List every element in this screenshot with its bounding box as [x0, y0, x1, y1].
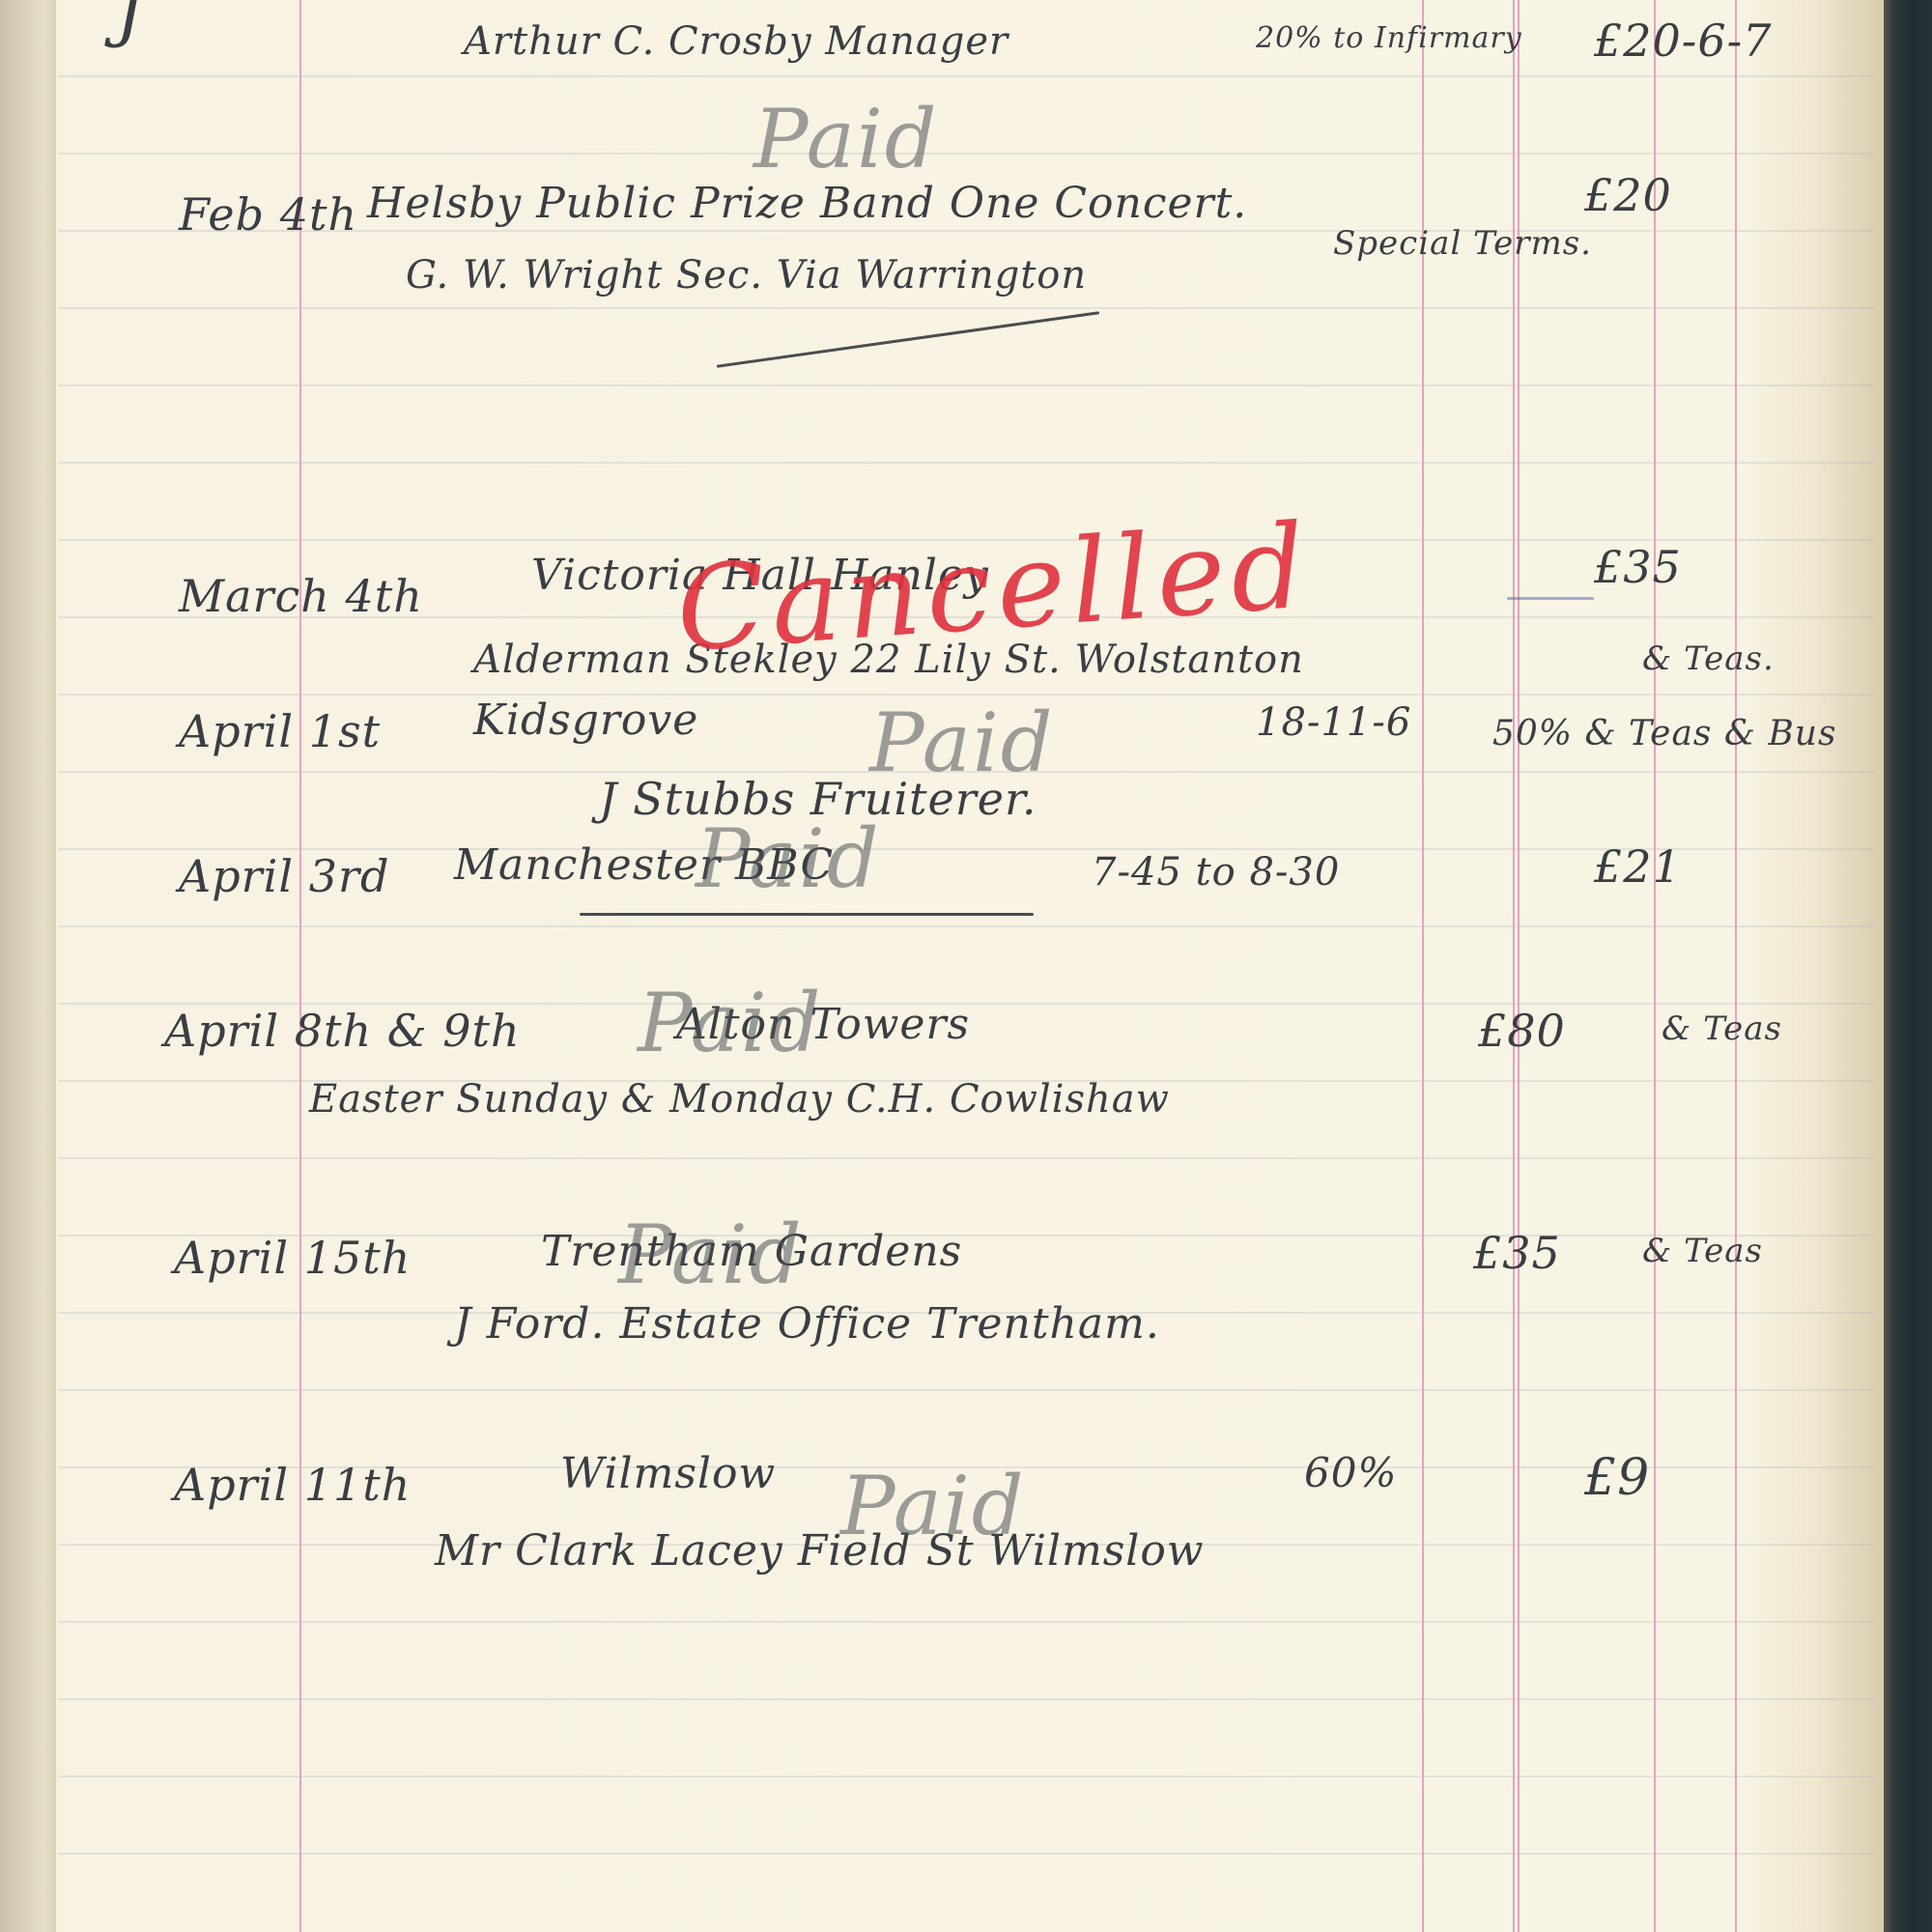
- entry-extra: Special Terms.: [1333, 224, 1592, 263]
- ruled-line: [58, 1698, 1874, 1700]
- entry-contact: Mr Clark Lacey Field St Wilmslow: [435, 1526, 1205, 1576]
- entry-amount: £21: [1594, 840, 1682, 893]
- entry-date: April 1st: [179, 705, 381, 757]
- ruled-line: [58, 307, 1874, 309]
- entry-amount: £35: [1594, 541, 1682, 593]
- paid-mark: Paid: [753, 92, 938, 186]
- top-note: 20% to Infirmary: [1256, 21, 1522, 55]
- ruled-line: [58, 1157, 1874, 1159]
- ink-smudge: [1507, 597, 1594, 600]
- ruled-line: [58, 75, 1874, 77]
- entry-extra: & Teas.: [1642, 639, 1775, 678]
- paid-mark: Paid: [840, 1459, 1025, 1553]
- partial-date-glyph: J: [116, 0, 144, 50]
- page-gutter: [0, 0, 56, 1932]
- column-line: [1422, 0, 1424, 1932]
- entry-date: April 15th: [174, 1232, 411, 1284]
- entry-amount: £20: [1584, 169, 1672, 221]
- entry-note: 18-11-6: [1256, 700, 1411, 745]
- paid-mark: Paid: [869, 696, 1054, 790]
- ruled-line: [58, 1776, 1874, 1777]
- ruled-line: [58, 153, 1874, 155]
- entry-contact: J Ford. Estate Office Trentham.: [454, 1299, 1160, 1349]
- paid-mark: Paid: [638, 976, 822, 1070]
- entry-date: March 4th: [179, 570, 423, 622]
- paid-mark: Paid: [618, 1207, 803, 1302]
- entry-amount: £35: [1473, 1227, 1561, 1279]
- ruled-line: [58, 925, 1874, 927]
- entry-note: 7-45 to 8-30: [1092, 850, 1340, 895]
- entry-amount: £9: [1584, 1449, 1650, 1507]
- entry-date: April 8th & 9th: [164, 1005, 521, 1057]
- ruled-line: [58, 384, 1874, 386]
- book-cover-edge: [1884, 0, 1932, 1932]
- ruled-line: [58, 1621, 1874, 1623]
- entry-venue: Kidsgrove: [473, 696, 698, 745]
- column-line: [1735, 0, 1737, 1932]
- entry-contact: Easter Sunday & Monday C.H. Cowlishaw: [309, 1077, 1170, 1122]
- entry-amount: £80: [1478, 1005, 1566, 1057]
- entry-venue: Wilmslow: [560, 1449, 776, 1498]
- ruled-line: [58, 462, 1874, 464]
- entry-date: Feb 4th: [179, 188, 357, 241]
- column-line: [1518, 0, 1520, 1932]
- ruled-line: [58, 1389, 1874, 1391]
- column-line: [1654, 0, 1656, 1932]
- entry-date: April 11th: [174, 1459, 411, 1511]
- top-amount: £20-6-7: [1594, 14, 1772, 67]
- entry-extra: & Teas: [1662, 1009, 1782, 1048]
- entry-extra: & Teas: [1642, 1232, 1763, 1270]
- ledger-page: J Arthur C. Crosby Manager 20% to Infirm…: [0, 0, 1884, 1932]
- top-contact: Arthur C. Crosby Manager: [464, 19, 1009, 64]
- paid-mark: Paid: [696, 811, 880, 906]
- underline-stroke: [580, 913, 1034, 916]
- ruled-line: [58, 1853, 1874, 1855]
- entry-date: April 3rd: [179, 850, 389, 902]
- entry-note: 60%: [1304, 1449, 1397, 1496]
- margin-line: [299, 0, 301, 1932]
- underline-stroke: [717, 311, 1100, 368]
- column-line: [1513, 0, 1515, 1932]
- entry-extra: 50% & Teas & Bus: [1492, 707, 1840, 761]
- entry-contact: G. W. Wright Sec. Via Warrington: [406, 253, 1087, 298]
